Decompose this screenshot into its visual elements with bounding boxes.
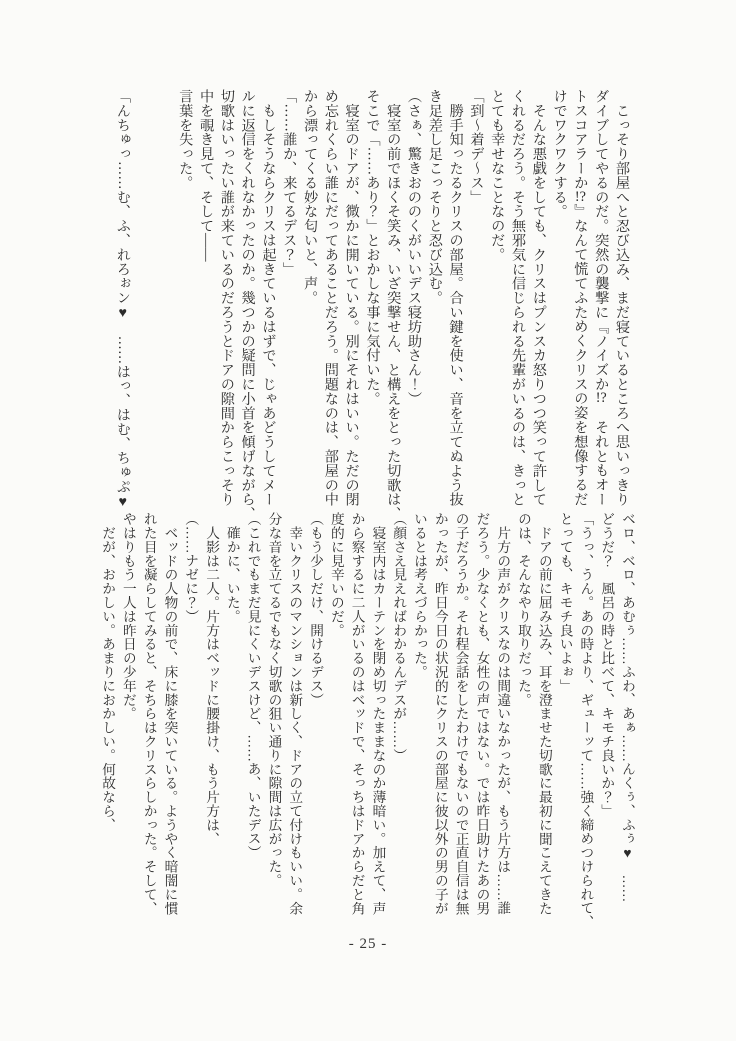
text-line: 「うっ、うん。あの時より、ギューッて……強く締めつけられて、 [575, 512, 596, 929]
bottom-text-block: ベロ、ベロ、あむぅ……ふわ、あぁ……んくぅ、ふぅ♥ ……どうだ？ 風呂の時と比べ… [96, 512, 637, 929]
text-line: ベロ、ベロ、あむぅ……ふわ、あぁ……んくぅ、ふぅ♥ …… [616, 512, 637, 929]
text-line: だろう。少なくとも、女性の声ではない。では昨日助けたあの男 [471, 512, 492, 929]
text-line: 片方の声がクリスなのは間違いなかったが、もう片方は……誰 [491, 512, 512, 929]
text-line: 「到〜着デ〜ス」 [466, 89, 487, 521]
text-line: （……ナゼに？） [179, 512, 200, 929]
text-line: から漂ってくる妙な匂いと、声。 [299, 89, 320, 521]
blank-line [154, 89, 175, 521]
text-line: 中を覗き見て、そして―― [195, 89, 216, 521]
text-line: かったが、昨日今日の状況的にクリスの部屋に彼以外の男の子が [429, 512, 450, 929]
text-line: けでワクワクする。 [549, 89, 570, 521]
text-line: 幸いクリスのマンションは新しく、ドアの立て付けもいい。余 [283, 512, 304, 929]
tatechuyoko-exclamation-question: !? [572, 190, 588, 204]
text-line: （顔さえ見えればわかるんデスが……） [387, 512, 408, 929]
text-line: こっそり部屋へと忍び込み、まだ寝ているところへ思いっきり [611, 89, 632, 521]
text-line: 切歌はいったい誰が来ているのだろうとドアの隙間からこっそり [216, 89, 237, 521]
text-line: トスコアラーか!?』なんて慌てふためくクリスの姿を想像するだ [570, 89, 591, 521]
text-line: 確かに、いた。 [221, 512, 242, 929]
text-line: （もう少しだけ、開けるデス） [304, 512, 325, 929]
page-number: - 25 - [0, 936, 736, 953]
novel-page: こっそり部屋へと忍び込み、まだ寝ているところへ思いっきりダイブしてやるのだ。突然… [0, 0, 736, 1041]
text-line: （これでもまだ見にくいデスけど、……あ、いたデス） [242, 512, 263, 929]
text-line: どうだ？ 風呂の時と比べて、キモチ良いか？」 [595, 512, 616, 929]
text-line: 寝室の前でほくそ笑み、いざ突撃せん、と構えをとった切歌は、 [382, 89, 403, 521]
text-line: 言葉を失った。 [174, 89, 195, 521]
text-line: 寝室のドアが、微かに開いている。別にそれはいい。ただの閉 [341, 89, 362, 521]
text-line: ベッドの人物の前で、床に膝を突いている。ようやく暗闇に慣 [159, 512, 180, 929]
text-line: ドアの前に屈み込み、耳を澄ませた切歌に最初に聞こえてきた [533, 512, 554, 929]
text-line: やはりもう一人は昨日の少年だ。 [117, 512, 138, 929]
blank-line [133, 89, 154, 521]
text-line: とっても、キモチ良いよぉ」 [554, 512, 575, 929]
tatechuyoko-exclamation-question: !? [593, 391, 609, 405]
text-line: 度的に見辛いのだ。 [325, 512, 346, 929]
text-line: き足差し足こっそりと忍び込む。 [424, 89, 445, 521]
text-line: 勝手知ったるクリスの部屋。合い鍵を使い、音を立てぬよう抜 [445, 89, 466, 521]
text-line: 寝室内はカーテンを閉め切ったままなのか薄暗い。加えて、声 [367, 512, 388, 929]
text-line: とても幸せなことなのだ。 [486, 89, 507, 521]
text-line: 「んちゅっ……む、ふ、れろぉン♥ ……はっ、はむ、ちゅぷ♥ [112, 89, 133, 521]
text-line: の子だろうか。それ程会話をしたわけでもないので正直自信は無 [450, 512, 471, 929]
text-line: 「……誰か、来てるデス？」 [278, 89, 299, 521]
text-line: そこで「……あり？」とおかしな事に気付いた。 [362, 89, 383, 521]
text-line: そんな悪戯をしても、クリスはプンスカ怒りつつ笑って許して [528, 89, 549, 521]
top-text-block: こっそり部屋へと忍び込み、まだ寝ているところへ思いっきりダイブしてやるのだ。突然… [112, 89, 632, 521]
text-line: 分な音を立てるでもなく切歌の狙い通りに隙間は広がった。 [263, 512, 284, 929]
text-line: いるとは考えづらかった。 [408, 512, 429, 929]
text-line: め忘れくらい誰にだってあることだろう。問題なのは、部屋の中 [320, 89, 341, 521]
text-line: から察するに二人がいるのはベッドで、そっちはドアからだと角 [346, 512, 367, 929]
text-line: れた目を凝らしてみると、そちらはクリスらしかった。そして、 [138, 512, 159, 929]
text-line: のは、そんなやり取りだった。 [512, 512, 533, 929]
text-line: ルに返信をくれなかったのか。幾つかの疑問に小首を傾げながら、 [237, 89, 258, 521]
text-line: だが、おかしい。あまりにおかしい。何故なら、 [96, 512, 117, 929]
text-line: もしそうならクリスは起きているはずで、じゃあどうしてメー [258, 89, 279, 521]
text-line: 人影は二人。片方はベッドに腰掛け、もう片方は、 [200, 512, 221, 929]
text-line: （さぁ、驚きおののくがいいデス寝坊助さん！） [403, 89, 424, 521]
text-line: くれるだろう。そう無邪気に信じられる先輩がいるのは、きっと [507, 89, 528, 521]
text-line: ダイブしてやるのだ。突然の襲撃に『ノイズか!? それともオー [590, 89, 611, 521]
